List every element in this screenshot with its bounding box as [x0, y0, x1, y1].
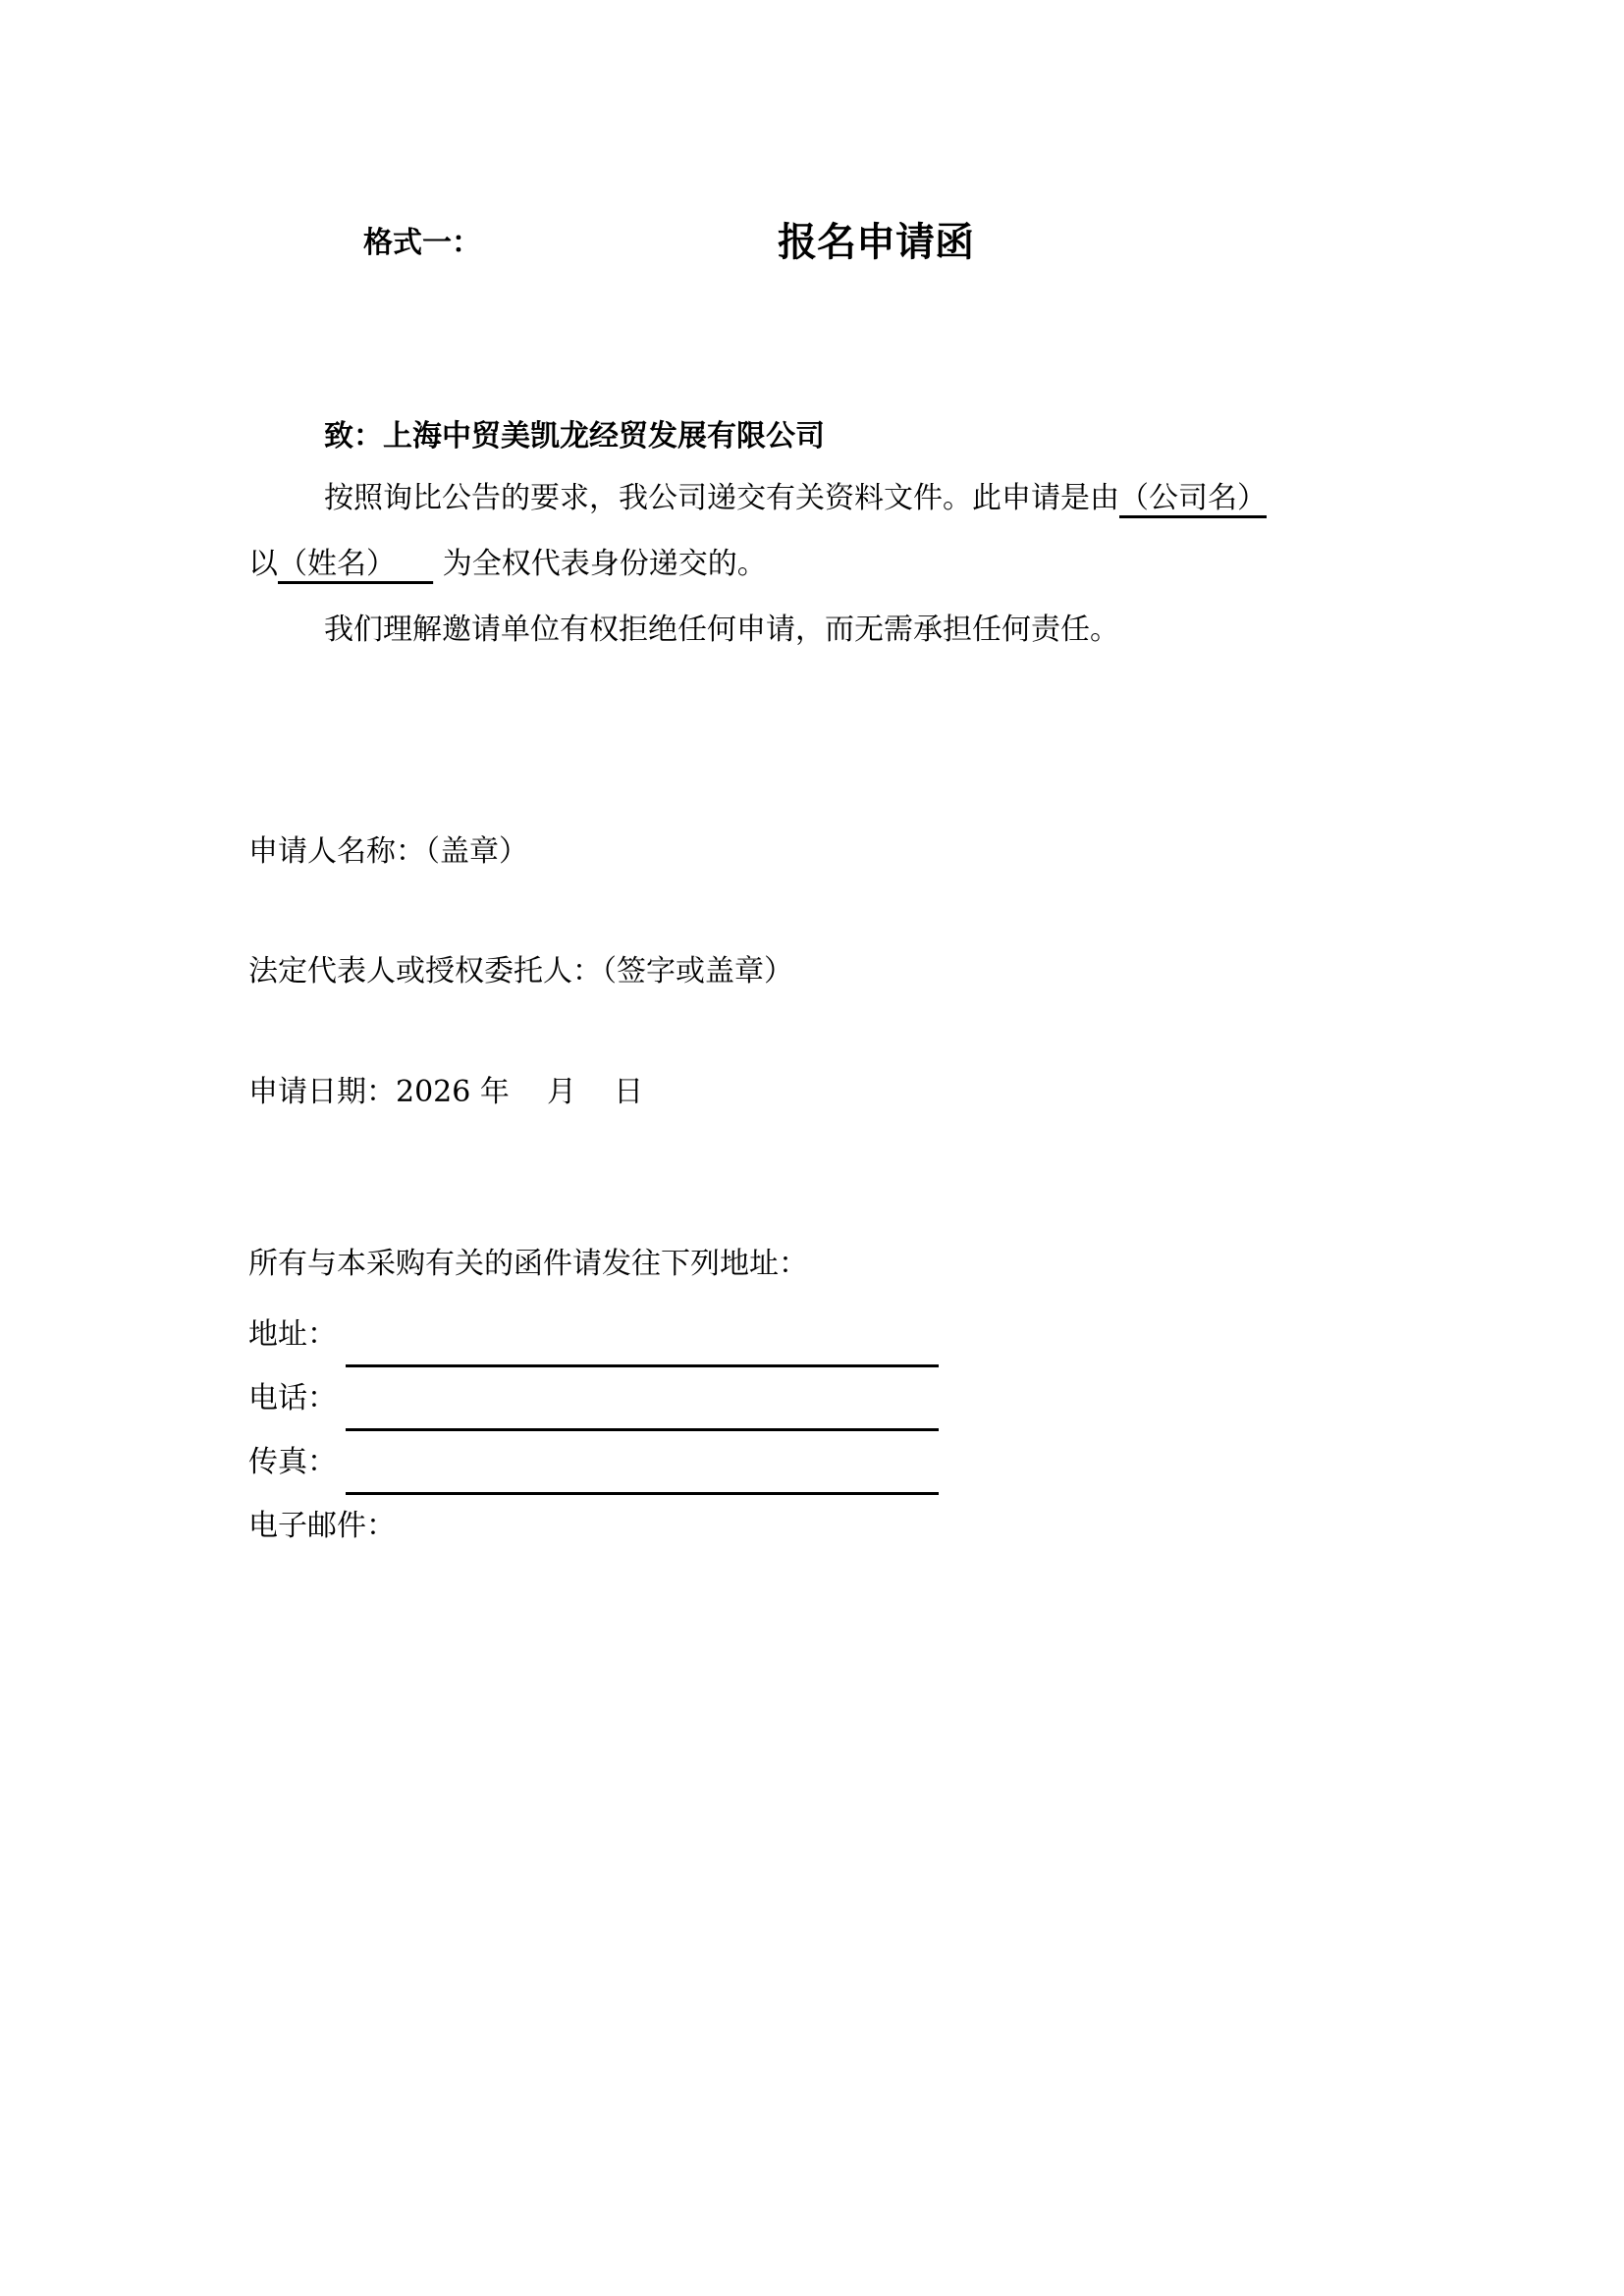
paragraph-1-line-2: 以（姓名） 为全权代表身份递交的。: [248, 545, 767, 584]
address-input-line[interactable]: [346, 1364, 939, 1367]
fax-label: 传真：: [248, 1443, 337, 1482]
paragraph-1-line-1: 按照询比公告的要求，我公司递交有关资料文件。此申请是由（公司名）: [324, 479, 1267, 518]
email-label: 电子邮件：: [248, 1507, 396, 1546]
applicant-name-field: 申请人名称：（盖章）: [248, 832, 528, 872]
prefix-text: 以: [248, 547, 278, 581]
format-label: 格式一：: [363, 224, 481, 263]
fax-input-line[interactable]: [346, 1492, 939, 1495]
contact-intro: 所有与本采购有关的函件请发往下列地址：: [248, 1245, 808, 1284]
application-date-field: 申请日期：2026 年 月 日: [248, 1073, 643, 1112]
representative-signature-field: 法定代表人或授权委托人：（签字或盖章）: [248, 952, 793, 991]
company-name-blank[interactable]: （公司名）: [1119, 481, 1267, 515]
page-title: 报名申请函: [778, 218, 974, 267]
paragraph-1-text: 按照询比公告的要求，我公司递交有关资料文件。此申请是由: [324, 481, 1119, 515]
address-label: 地址：: [248, 1315, 337, 1355]
phone-label: 电话：: [248, 1379, 337, 1418]
suffix-text: 为全权代表身份递交的。: [433, 547, 767, 581]
phone-input-line[interactable]: [346, 1428, 939, 1431]
paragraph-2: 我们理解邀请单位有权拒绝任何申请，而无需承担任何责任。: [324, 611, 1119, 650]
representative-name-blank[interactable]: （姓名）: [278, 547, 433, 581]
recipient-line: 致：上海中贸美凯龙经贸发展有限公司: [324, 417, 825, 456]
